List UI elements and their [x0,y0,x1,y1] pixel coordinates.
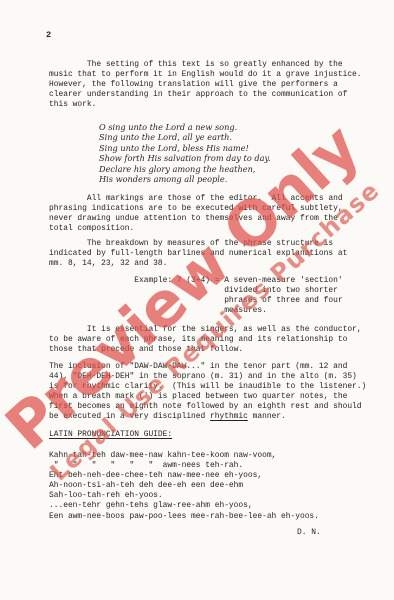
text-line: mm. 8, 14, 23, 32 and 38. [49,259,347,269]
verse-line: O sing unto the Lord a new song. [99,122,271,132]
text-line: The inclusion of "DAW-DAW-DAW..." in the… [49,362,366,372]
text-line: music that to perform it in English woul… [49,70,362,80]
text-line: divided into two shorter [49,286,343,296]
text-line: It is essential for the singers, as well… [49,325,362,335]
scripture-verse: O sing unto the Lord a new song. Sing un… [99,122,271,184]
text-line: The setting of this text is so greatly e… [49,60,362,70]
text-line: indicated by full-length barlines and nu… [49,249,347,259]
text-line: 44), "DEH-DEH-DEH" in the soprano (m. 31… [49,372,366,382]
text-line: The breakdown by measures of the phrase … [49,239,347,249]
guide-line: Een awm-nee-boos paw-poo-lees mee-rah-be… [49,512,319,522]
guide-line: Kahn-tah-teh daw-mee-naw kahn-tee-koom n… [49,451,319,461]
essential-paragraph: It is essential for the singers, as well… [49,325,362,355]
text-segment: manner. [248,412,286,421]
text-line-with-underline: be executed in a very disciplined rhythm… [49,412,366,422]
text-line: total composition. [49,224,343,234]
text-segment: be executed in a very disciplined [49,412,210,421]
verse-line: Declare his glory among the heathen, [99,164,271,174]
verse-line: His wonders among all people. [99,174,271,184]
text-line: However, the following translation will … [49,80,362,90]
guide-line: Sah-loo-tah-reh eh-yoos. [49,491,319,501]
text-line: this work. [49,100,362,110]
text-line: When a breath mark (') is placed between… [49,392,366,402]
intro-paragraph: The setting of this text is so greatly e… [49,60,362,110]
text-line: to be aware of each phrase, its meaning … [49,335,362,345]
guide-line: Eht beh-neh-dee-chee-teh naw-mee-nee eh-… [49,471,319,481]
editor-initials: D. N. [297,528,321,537]
underlined-word: rhythmic [210,412,248,421]
text-line: never drawing undue attention to themsel… [49,214,343,224]
text-line: those that precede and those that follow… [49,345,362,355]
markings-paragraph: All markings are those of the editor. Al… [49,194,343,234]
example-block: Example: 7 (3+4) = A seven-measure 'sect… [49,276,343,316]
text-line: clearer understanding in their approach … [49,90,362,100]
pronunciation-guide: Kahn-tah-teh daw-mee-naw kahn-tee-koom n… [49,451,319,522]
text-line: Example: 7 (3+4) = A seven-measure 'sect… [49,276,343,286]
verse-line: Sing unto the Lord, bless His name! [99,143,271,153]
text-line: All markings are those of the editor. Al… [49,194,343,204]
page-number: 2 [46,30,51,40]
verse-line: Show forth His salvation from day to day… [99,153,271,163]
latin-guide-heading: LATIN PRONUNCIATION GUIDE: [49,430,172,440]
guide-line: Ah-noon-tsi-ah-teh deh dee-eh een dee-eh… [49,481,319,491]
guide-line: ...een-tehr gehn-tehs glaw-ree-ahm eh-yo… [49,501,319,511]
section-heading: LATIN PRONUNCIATION GUIDE: [49,430,172,440]
breakdown-paragraph: The breakdown by measures of the phrase … [49,239,347,269]
text-line: measures. [49,306,343,316]
verse-line: Sing unto the Lord, all ye earth. [99,132,271,142]
text-line: is for rhythmic clarity. (This will be i… [49,382,366,392]
guide-line: " " " " " " awm-nees teh-rah. [49,461,319,471]
text-line: phrases of three and four [49,296,343,306]
text-line: first becomes an eighth note followed by… [49,402,366,412]
scanned-document-page: 2 The setting of this text is so greatly… [0,0,394,600]
text-line: phrasing indications are to be executed … [49,204,343,214]
inclusion-paragraph: The inclusion of "DAW-DAW-DAW..." in the… [49,362,366,423]
